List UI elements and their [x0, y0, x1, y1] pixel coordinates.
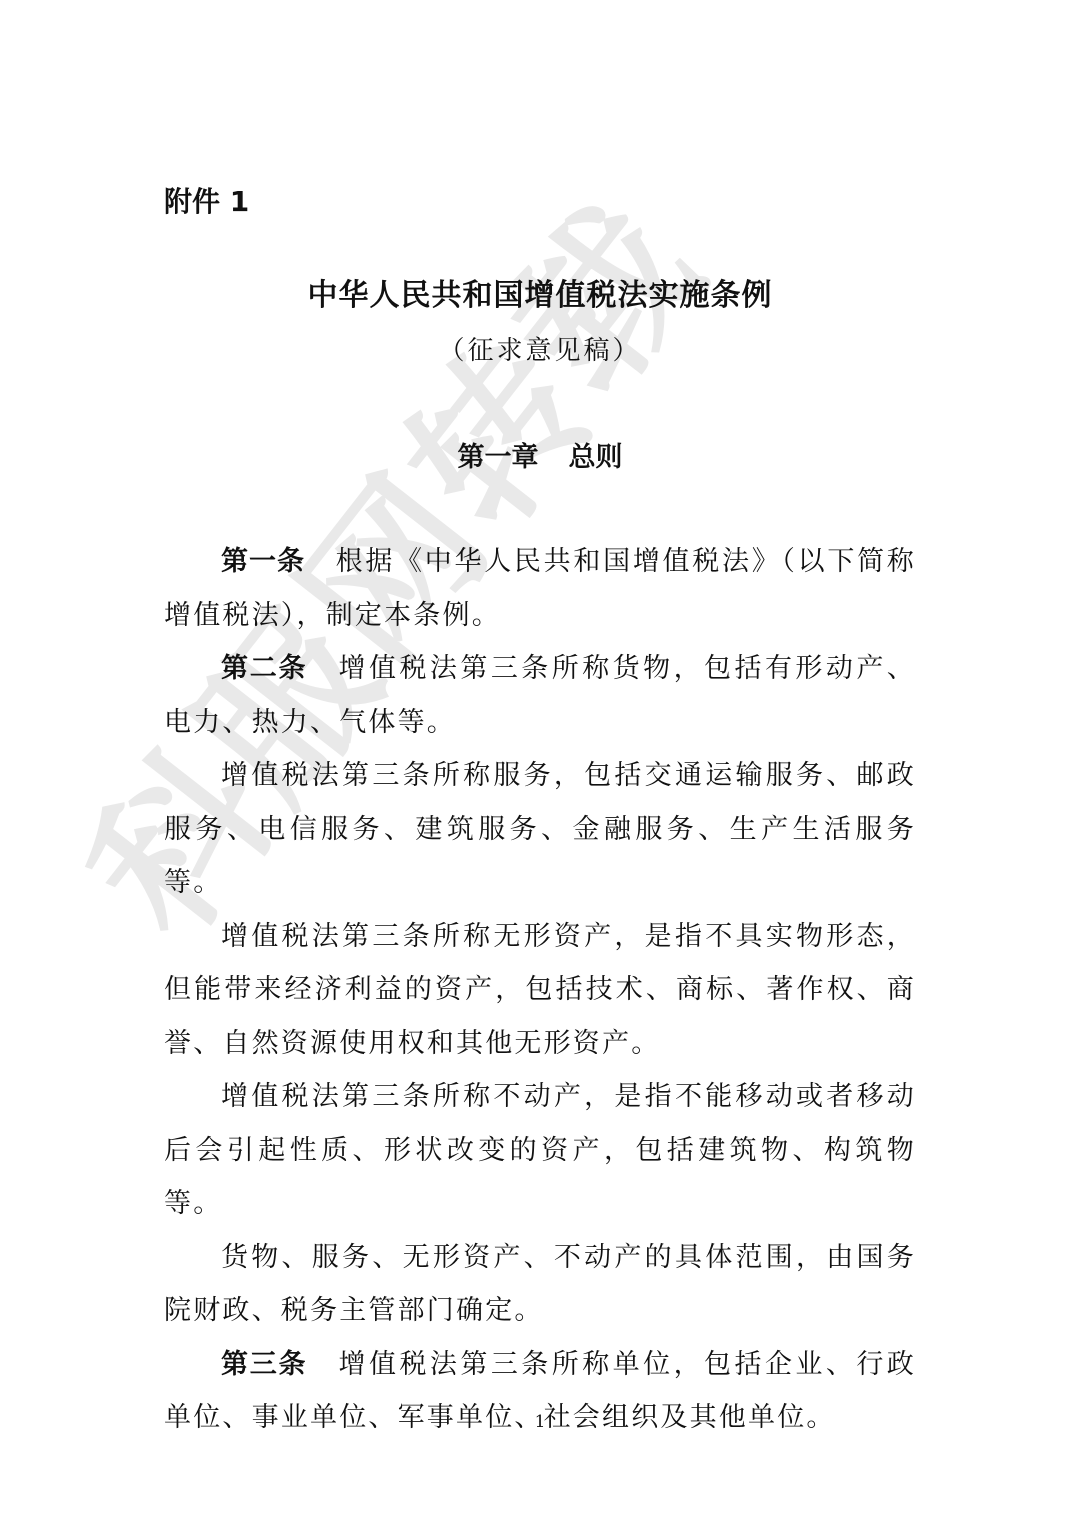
paragraph-real-estate: 增值税法第三条所称不动产，是指不能移动或者移动后会引起性质、形状改变的资产，包括…	[164, 1070, 916, 1231]
paragraph-intangible-assets: 增值税法第三条所称无形资产，是指不具实物形态，但能带来经济利益的资产，包括技术、…	[164, 910, 916, 1071]
article-number: 第一条	[221, 546, 305, 577]
paragraph-article-1: 第一条根据《中华人民共和国增值税法》（以下简称增值税法），制定本条例。	[164, 535, 916, 642]
chapter-number: 第一章	[458, 442, 539, 473]
paragraph-scope: 货物、服务、无形资产、不动产的具体范围，由国务院财政、税务主管部门确定。	[164, 1231, 916, 1338]
document-subtitle: （征求意见稿）	[0, 330, 1080, 367]
paragraph-text: 增值税法第三条所称无形资产，是指不具实物形态，但能带来经济利益的资产，包括技术、…	[164, 921, 916, 1059]
page-number: 1	[0, 1412, 1080, 1432]
paragraph-article-2: 第二条增值税法第三条所称货物，包括有形动产、电力、热力、气体等。	[164, 642, 916, 749]
article-number: 第三条	[221, 1349, 307, 1380]
chapter-heading: 第一章总则	[0, 435, 1080, 474]
paragraph-text: 增值税法第三条所称不动产，是指不能移动或者移动后会引起性质、形状改变的资产，包括…	[164, 1081, 916, 1219]
chapter-name: 总则	[569, 442, 623, 473]
article-number: 第二条	[221, 653, 307, 684]
document-title: 中华人民共和国增值税法实施条例	[0, 270, 1080, 314]
document-page: 科服网转载 附件 1 中华人民共和国增值税法实施条例 （征求意见稿） 第一章总则…	[0, 0, 1080, 1527]
paragraph-services: 增值税法第三条所称服务，包括交通运输服务、邮政服务、电信服务、建筑服务、金融服务…	[164, 749, 916, 910]
attachment-label: 附件 1	[164, 180, 249, 220]
paragraph-text: 增值税法第三条所称服务，包括交通运输服务、邮政服务、电信服务、建筑服务、金融服务…	[164, 760, 916, 898]
paragraph-text: 货物、服务、无形资产、不动产的具体范围，由国务院财政、税务主管部门确定。	[164, 1242, 916, 1327]
body-text: 第一条根据《中华人民共和国增值税法》（以下简称增值税法），制定本条例。 第二条增…	[164, 535, 916, 1445]
